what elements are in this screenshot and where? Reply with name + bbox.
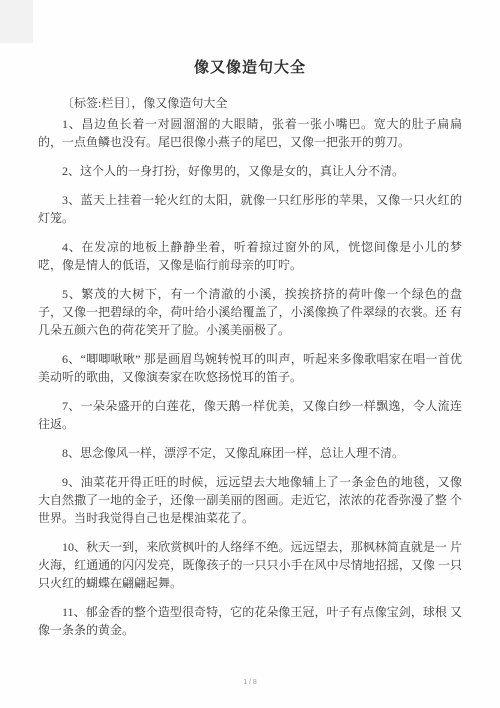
- paragraph: 7、一朵朵盛开的白莲花，像天鹅一样优美，又像白纱一样飘逸，令人流连 往返。: [38, 397, 462, 433]
- scan-corner-artifact: [0, 0, 33, 43]
- paragraph-list: 1、昌边鱼长着一对圆溜溜的大眼睛，张着一张小嘴巴。宽大的肚子扁扁的，一点鱼鳞也没…: [38, 115, 462, 639]
- paragraph: 8、思念像风一样，漂浮不定，又像乱麻团一样，总让人理不清。: [38, 444, 462, 462]
- paragraph: 6、“唧唧啾啾” 那是画眉鸟婉转悦耳的叫声，听起来多像歌唱家在唱一首优 美动听的…: [38, 350, 462, 386]
- document-page: 像又像造句大全 〔标签:栏目〕，像又像造句大全 1、昌边鱼长着一对圆溜溜的大眼睛…: [0, 0, 500, 708]
- tag-line: 〔标签:栏目〕，像又像造句大全: [38, 94, 462, 112]
- paragraph: 4、在发凉的地板上静静坐着，听着掠过窗外的风，恍惚间像是小儿的梦 呓，像是情人的…: [38, 238, 462, 274]
- paragraph: 5、繁茂的大树下，有一个清澈的小溪，挨挨挤挤的荷叶像一个绿色的盘 子，又像一把碧…: [38, 285, 462, 339]
- paragraph: 3、蓝天上挂着一轮火红的太阳，就像一只红彤彤的苹果，又像一只火红的 灯笼。: [38, 191, 462, 227]
- paragraph: 2、这个人的一身打扮，好像男的，又像是女的，真让人分不清。: [38, 162, 462, 180]
- paragraph: 1、昌边鱼长着一对圆溜溜的大眼睛，张着一张小嘴巴。宽大的肚子扁扁的，一点鱼鳞也没…: [38, 115, 462, 151]
- paragraph: 11、郁金香的整个造型很奇特，它的花朵像王冠，叶子有点像宝剑，球根 又像一条条的…: [38, 603, 462, 639]
- page-title: 像又像造句大全: [0, 0, 500, 77]
- paragraph: 9、油菜花开得正旺的时候，远远望去大地像辅上了一条金色的地毯，又像 大自然撒了一…: [38, 473, 462, 527]
- paragraph: 10、秋天一到，来欣赏枫叶的人络绎不绝。远远望去，那枫林简直就是一 片火海，红通…: [38, 538, 462, 592]
- page-number: 1 / 8: [0, 679, 500, 686]
- document-body: 〔标签:栏目〕，像又像造句大全 1、昌边鱼长着一对圆溜溜的大眼睛，张着一张小嘴巴…: [38, 94, 462, 639]
